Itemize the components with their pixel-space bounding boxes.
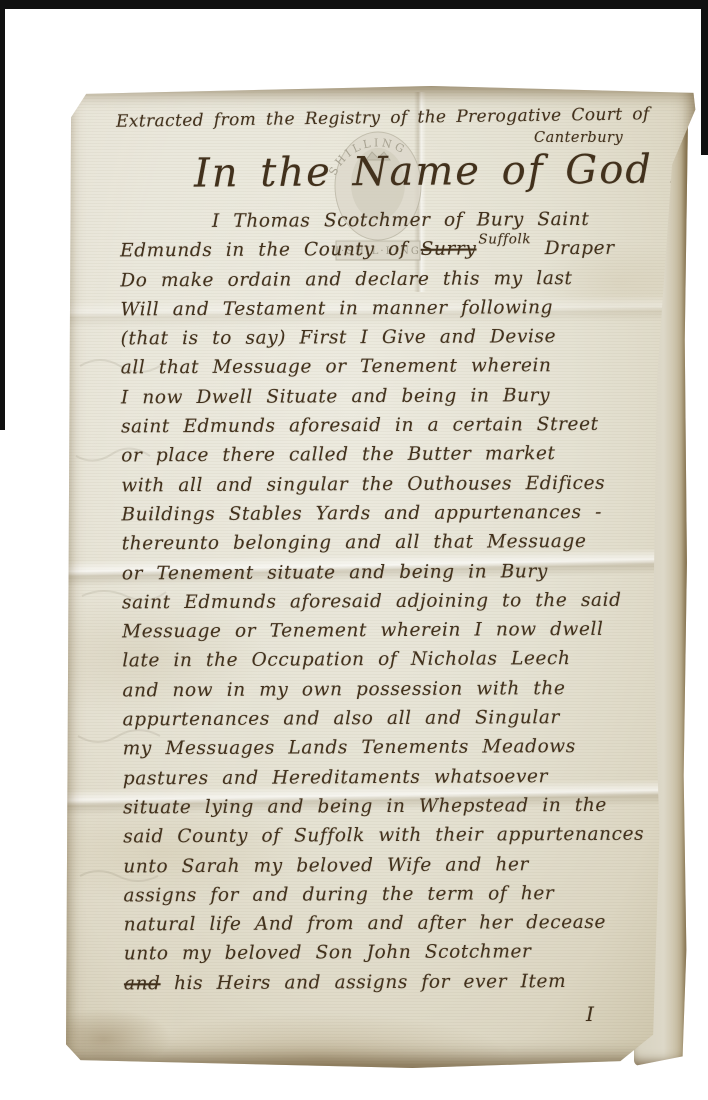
scan-edge-left xyxy=(0,0,5,430)
scan-canvas: gdeisgd SHILLING xyxy=(0,0,708,1100)
manuscript-text: and now in my own possession with the xyxy=(122,678,565,701)
manuscript-line: Messuage or Tenement wherein I now dwell xyxy=(122,619,652,651)
manuscript-line: or place there called the Butter market xyxy=(121,443,651,475)
manuscript-line: and now in my own possession with the xyxy=(122,677,652,709)
manuscript-line: situate lying and being in Whepstead in … xyxy=(123,795,653,827)
struck-word: and xyxy=(124,973,161,994)
manuscript-line: saint Edmunds aforesaid adjoining to the… xyxy=(122,589,652,621)
struck-word: Surry xyxy=(421,239,477,260)
manuscript-text: with all and singular the Outhouses Edif… xyxy=(121,473,605,497)
manuscript-line: and his Heirs and assigns for ever Item xyxy=(124,970,654,1002)
scan-edge-right xyxy=(701,0,708,155)
manuscript-text: unto Sarah my beloved Wife and her xyxy=(123,854,529,877)
manuscript-line: my Messuages Lands Tenements Meadows xyxy=(123,736,653,768)
manuscript-line: unto Sarah my beloved Wife and her xyxy=(123,853,653,885)
manuscript-text: Draper xyxy=(531,238,615,259)
manuscript-text: Edmunds in the County of xyxy=(120,239,421,262)
manuscript-line: I now Dwell Situate and being in Bury xyxy=(121,384,651,416)
manuscript-text: situate lying and being in Whepstead in … xyxy=(123,795,607,819)
header-extract-place: Canterbury xyxy=(534,130,623,146)
manuscript-line: Buildings Stables Yards and appurtenance… xyxy=(121,502,651,534)
manuscript-text: Messuage or Tenement wherein I now dwell xyxy=(122,619,604,643)
manuscript-line: assigns for and during the term of her xyxy=(123,882,653,914)
manuscript-text: Buildings Stables Yards and appurtenance… xyxy=(121,502,602,526)
manuscript-page: SHILLING I·SHIL·LING Extracted from the … xyxy=(66,86,696,1068)
manuscript-text: said County of Suffolk with their appurt… xyxy=(123,824,644,848)
manuscript-line: I Thomas Scotchmer of Bury Saint xyxy=(120,209,650,241)
manuscript-text: unto my beloved Son John Scotchmer xyxy=(124,942,532,965)
manuscript-text: my Messuages Lands Tenements Meadows xyxy=(123,736,576,759)
manuscript-line: pastures and Hereditaments whatsoever xyxy=(123,765,653,797)
scan-edge-top xyxy=(0,0,708,9)
manuscript-text: Will and Testament in manner following xyxy=(120,297,553,320)
manuscript-text: Do make ordain and declare this my last xyxy=(120,268,572,291)
manuscript-line: with all and singular the Outhouses Edif… xyxy=(121,472,651,504)
manuscript-line: late in the Occupation of Nicholas Leech xyxy=(122,648,652,680)
manuscript-line: (that is to say) First I Give and Devise xyxy=(121,326,651,358)
manuscript-text: I Thomas Scotchmer of Bury Saint xyxy=(212,209,589,232)
manuscript-text: (that is to say) First I Give and Devise xyxy=(121,326,557,349)
manuscript-text: natural life And from and after her dece… xyxy=(124,912,606,936)
manuscript-line: unto my beloved Son John Scotchmer xyxy=(124,941,654,973)
manuscript-line: all that Messuage or Tenement wherein xyxy=(121,355,651,387)
manuscript-line: appurtenances and also all and Singular xyxy=(123,707,653,739)
manuscript-line: Will and Testament in manner following xyxy=(120,297,650,329)
manuscript-text: assigns for and during the term of her xyxy=(123,883,554,906)
manuscript-text: I now Dwell Situate and being in Bury xyxy=(121,385,550,408)
manuscript-lines: I Thomas Scotchmer of Bury SaintEdmunds … xyxy=(120,209,654,1003)
manuscript-text: or place there called the Butter market xyxy=(121,443,555,466)
manuscript-text: his Heirs and assigns for ever Item xyxy=(161,971,567,994)
manuscript-line: thereunto belonging and all that Messuag… xyxy=(122,531,652,563)
manuscript-text: late in the Occupation of Nicholas Leech xyxy=(122,648,570,671)
manuscript-text: pastures and Hereditaments whatsoever xyxy=(123,766,548,789)
manuscript-line: or Tenement situate and being in Bury xyxy=(122,560,652,592)
catchword: I xyxy=(586,1002,594,1026)
manuscript-line: Edmunds in the County of SurrySuffolk Dr… xyxy=(120,238,650,270)
manuscript-text: thereunto belonging and all that Messuag… xyxy=(122,531,587,554)
document-title: In the Name of God Amen xyxy=(194,145,696,196)
manuscript-text: appurtenances and also all and Singular xyxy=(123,707,560,730)
manuscript-line: Do make ordain and declare this my last xyxy=(120,267,650,299)
manuscript-text: saint Edmunds aforesaid in a certain Str… xyxy=(121,414,599,438)
manuscript-text: all that Messuage or Tenement wherein xyxy=(121,356,552,379)
header-extract-note: Extracted from the Registry of the Prero… xyxy=(116,104,656,132)
inserted-word: Suffolk xyxy=(478,232,531,248)
manuscript-text: or Tenement situate and being in Bury xyxy=(122,561,548,584)
manuscript-line: said County of Suffolk with their appurt… xyxy=(123,824,653,856)
manuscript-line: natural life And from and after her dece… xyxy=(124,912,654,944)
manuscript-line: saint Edmunds aforesaid in a certain Str… xyxy=(121,414,651,446)
manuscript-text: saint Edmunds aforesaid adjoining to the… xyxy=(122,590,622,614)
